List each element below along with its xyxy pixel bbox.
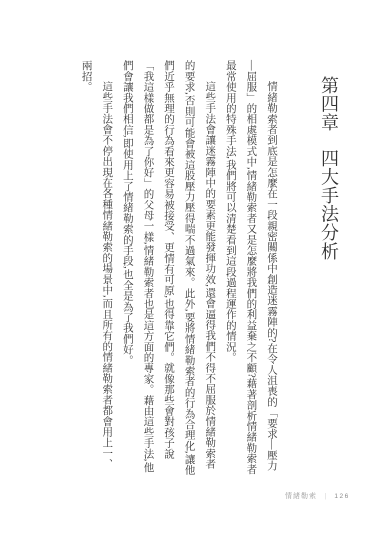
paragraph-1: 情緒勒索者到底是怎麼在一段親密關係中創造迷霧陣的?在令人沮喪的「要求—壓力—屈服… (219, 60, 281, 478)
page-number: 126 (334, 493, 349, 500)
page-footer: 情緒勒索 | 126 (285, 491, 350, 501)
running-title: 情緒勒索 (285, 491, 317, 501)
paragraph-3: 這些手法會不停出現在各種情緒勒索的場景中,而且所有的情緒勒索者都會用上一、兩招。 (75, 60, 116, 478)
body-text: 情緒勒索者到底是怎麼在一段親密關係中創造迷霧陣的?在令人沮喪的「要求—壓力—屈服… (75, 60, 281, 478)
chapter-name: 四大手法分析 (319, 149, 339, 261)
book-page: 第四章四大手法分析 情緒勒索者到底是怎麼在一段親密關係中創造迷霧陣的?在令人沮喪… (0, 0, 390, 548)
chapter-number: 第四章 (319, 76, 339, 132)
footer-divider: | (325, 492, 326, 500)
chapter-title: 第四章四大手法分析 (316, 76, 342, 261)
paragraph-2: 這些手法會讓迷霧陣中的要素更能發揮功效,還會逼得我們不得不屈服於情緒勒索者的要求… (116, 60, 219, 478)
